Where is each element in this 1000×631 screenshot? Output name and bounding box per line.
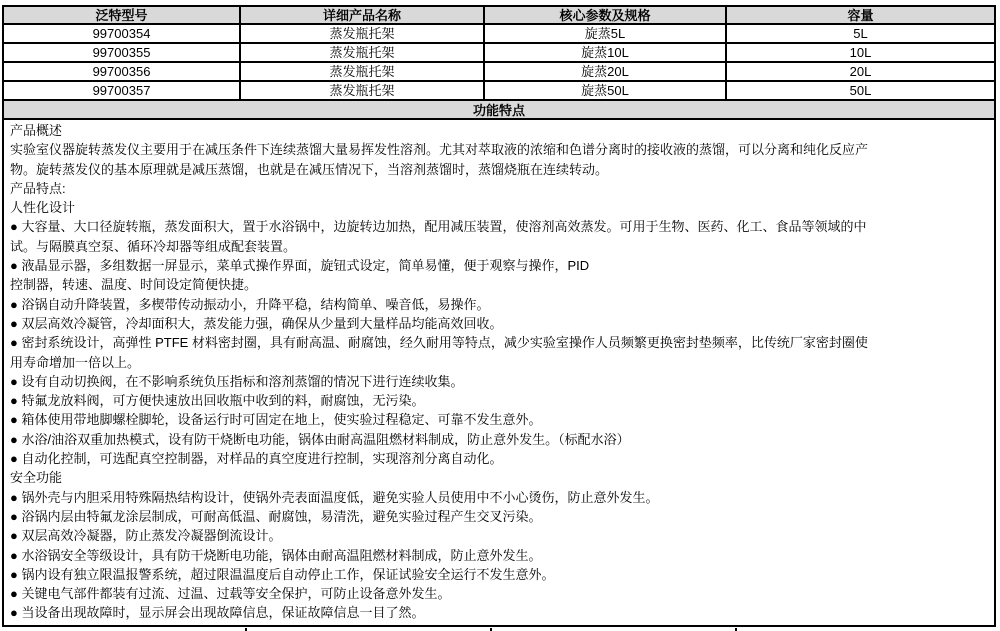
feature-bullet: ● 锅外壳与内胆采用特殊隔热结构设计，使锅外壳表面温度低，避免实验人员使用中不小…: [10, 488, 988, 507]
cell-capacity: 20L: [727, 63, 994, 80]
table-row: 99700357 蒸发瓶托架 旋蒸50L 50L: [4, 82, 994, 101]
cell-capacity: 50L: [727, 82, 994, 99]
feature-bullet: ● 设有自动切换阀，在不影响系统负压指标和溶剂蒸馏的情况下进行连续收集。: [10, 372, 988, 391]
feature-bullet: ● 双层高效冷凝器，防止蒸发冷凝器倒流设计。: [10, 526, 988, 545]
feature-bullet: ● 水浴锅安全等级设计，具有防干烧断电功能，锅体由耐高温阻燃材料制成，防止意外发…: [10, 546, 988, 565]
cell-capacity: 5L: [727, 25, 994, 42]
product-spec-sheet: 泛特型号 详细产品名称 核心参数及规格 容量 99700354 蒸发瓶托架 旋蒸…: [2, 5, 996, 627]
feature-bullet: ● 浴锅内层由特氟龙涂层制成，可耐高低温、耐腐蚀，易清洗，避免实验过程产生交叉污…: [10, 507, 988, 526]
cell-spec: 旋蒸50L: [485, 82, 727, 99]
cell-model: 99700354: [4, 25, 241, 42]
feature-bullet: ● 浴锅自动升降装置，多楔带传动振动小，升降平稳，结构简单、噪音低，易操作。: [10, 295, 988, 314]
cell-name: 蒸发瓶托架: [241, 44, 485, 61]
table-row: 99700355 蒸发瓶托架 旋蒸10L 10L: [4, 44, 994, 63]
features-heading: 产品特点:: [10, 179, 988, 198]
table-row: 99700356 蒸发瓶托架 旋蒸20L 20L: [4, 63, 994, 82]
features-section-header: 功能特点: [4, 101, 994, 120]
feature-bullet: ● 当设备出现故障时，显示屏会出现故障信息，保证故障信息一目了然。: [10, 603, 988, 622]
cell-spec: 旋蒸5L: [485, 25, 727, 42]
subheading-safety: 安全功能: [10, 468, 988, 487]
feature-bullet: ● 自动化控制，可选配真空控制器，对样品的真空度进行控制，实现溶剂分离自动化。: [10, 449, 988, 468]
header-cell-name: 详细产品名称: [241, 7, 485, 23]
cell-capacity: 10L: [727, 44, 994, 61]
cell-model: 99700356: [4, 63, 241, 80]
overview-heading: 产品概述: [10, 121, 988, 140]
cell-name: 蒸发瓶托架: [241, 63, 485, 80]
feature-bullet: ● 密封系统设计，高弹性 PTFE 材料密封圈，具有耐高温、耐腐蚀，经久耐用等特…: [10, 333, 988, 372]
header-cell-model: 泛特型号: [4, 7, 241, 23]
feature-bullet: ● 箱体使用带地脚螺栓脚轮，设备运行时可固定在地上，使实验过程稳定、可靠不发生意…: [10, 410, 988, 429]
cell-spec: 旋蒸20L: [485, 63, 727, 80]
feature-bullet: ● 关键电气部件都装有过流、过温、过载等安全保护，可防止设备意外发生。: [10, 584, 988, 603]
cell-name: 蒸发瓶托架: [241, 82, 485, 99]
cell-model: 99700355: [4, 44, 241, 61]
subheading-ergonomic: 人性化设计: [10, 198, 988, 217]
cell-spec: 旋蒸10L: [485, 44, 727, 61]
feature-bullet: ● 水浴/油浴双重加热模式，设有防干烧断电功能，锅体由耐高温阻燃材料制成，防止意…: [10, 430, 988, 449]
feature-bullet: ● 液晶显示器，多组数据一屏显示，菜单式操作界面，旋钮式设定，简单易懂，便于观察…: [10, 256, 988, 295]
feature-bullet: ● 大容量、大口径旋转瓶，蒸发面积大，置于水浴锅中，边旋转边加热，配用减压装置，…: [10, 217, 988, 256]
table-row: 99700354 蒸发瓶托架 旋蒸5L 5L: [4, 25, 994, 44]
overview-text: 实验室仪器旋转蒸发仪主要用于在减压条件下连续蒸馏大量易挥发性溶剂。尤其对萃取液的…: [10, 140, 988, 179]
cell-model: 99700357: [4, 82, 241, 99]
feature-bullet: ● 锅内设有独立限温报警系统，超过限温温度后自动停止工作，保证试验安全运行不发生…: [10, 565, 988, 584]
header-cell-capacity: 容量: [727, 7, 994, 23]
feature-bullet: ● 特氟龙放料阀，可方便快速放出回收瓶中收到的料，耐腐蚀，无污染。: [10, 391, 988, 410]
features-text-block: 产品概述 实验室仪器旋转蒸发仪主要用于在减压条件下连续蒸馏大量易挥发性溶剂。尤其…: [4, 120, 994, 625]
feature-bullet: ● 双层高效冷凝管，冷却面积大，蒸发能力强，确保从少量到大量样品均能高效回收。: [10, 314, 988, 333]
cell-name: 蒸发瓶托架: [241, 25, 485, 42]
header-cell-spec: 核心参数及规格: [485, 7, 727, 23]
spec-table-header-row: 泛特型号 详细产品名称 核心参数及规格 容量: [4, 7, 994, 25]
